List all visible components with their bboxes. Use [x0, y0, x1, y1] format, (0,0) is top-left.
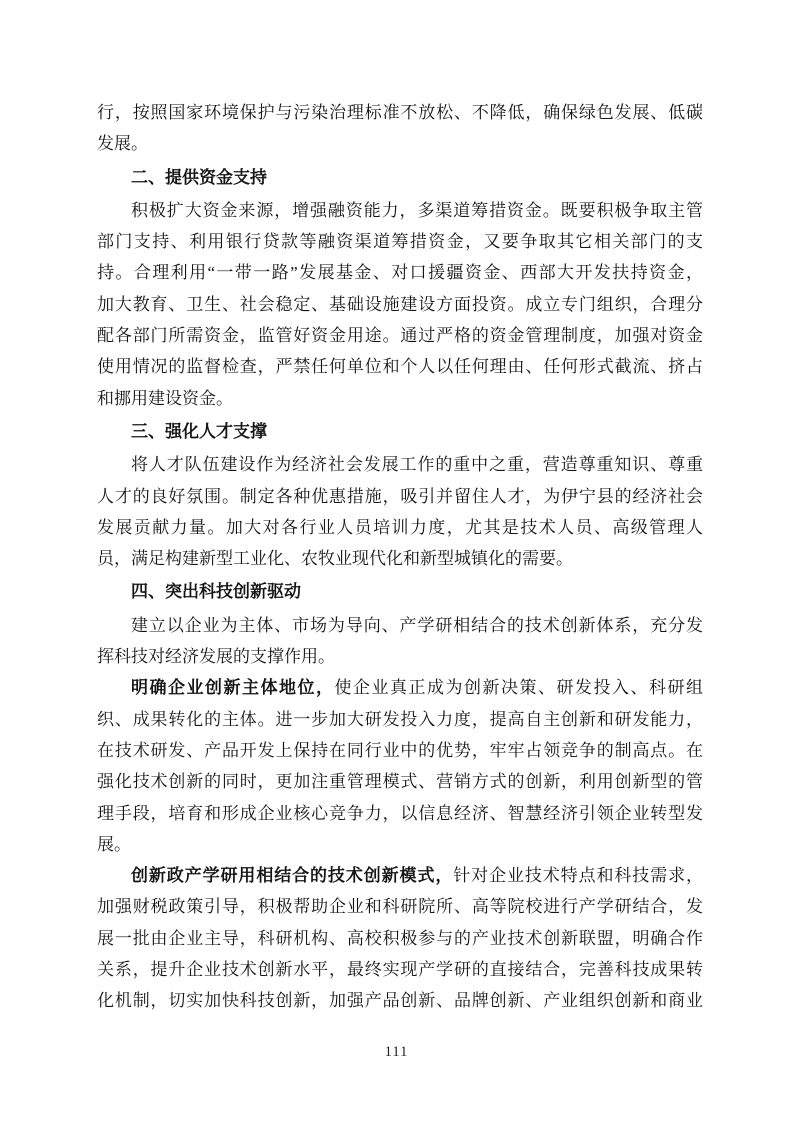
text-run: 发展。 [97, 134, 148, 153]
text-line: 明确企业创新主体地位，使企业真正成为创新决策、研发投入、科研组 [97, 672, 703, 703]
text-line: 加大教育、卫生、社会稳定、基础设施建设方面投资。成立专门组织，合理分 [97, 289, 703, 320]
paragraph: 建立以企业为主体、市场为导向、产学研相结合的技术创新体系，充分发挥科技对经济发展… [97, 610, 703, 673]
text-line: 发展。 [97, 128, 703, 159]
text-run: 持。合理利用“一带一路”发展基金、对口援疆资金、西部大开发扶持资金， [97, 263, 703, 282]
text-run: 在技术研发、产品开发上保持在同行业中的优势，牢牢占领竞争的制高点。在 [97, 741, 703, 760]
text-run: 展一批由企业主导，科研机构、高校积极参与的产业技术创新联盟，明确合作 [97, 929, 703, 948]
text-run: 建立以企业为主体、市场为导向、产学研相结合的技术创新体系，充分发 [131, 616, 703, 635]
section-heading: 四、突出科技创新驱动 [97, 576, 703, 607]
bold-run: 四、突出科技创新驱动 [131, 582, 301, 601]
text-line: 三、强化人才支撑 [97, 416, 703, 447]
text-line: 将人才队伍建设作为经济社会发展工作的重中之重，营造尊重知识、尊重 [97, 449, 703, 480]
text-line: 员，满足构建新型工业化、农牧业现代化和新型城镇化的需要。 [97, 543, 703, 574]
page-number: 111 [385, 1044, 409, 1060]
text-line: 四、突出科技创新驱动 [97, 576, 703, 607]
text-line: 化机制，切实加快科技创新，加强产品创新、品牌创新、产业组织创新和商业 [97, 985, 703, 1016]
bold-run: 三、强化人才支撑 [131, 422, 267, 441]
document-page: 行，按照国家环境保护与污染治理标准不放松、不降低，确保绿色发展、低碳发展。二、提… [0, 0, 793, 1122]
text-line: 展。 [97, 829, 703, 860]
text-line: 积极扩大资金来源，增强融资能力，多渠道筹措资金。既要积极争取主管 [97, 195, 703, 226]
text-run: 加大教育、卫生、社会稳定、基础设施建设方面投资。成立专门组织，合理分 [97, 295, 703, 314]
text-run: 使企业真正成为创新决策、研发投入、科研组 [335, 678, 704, 697]
text-line: 发展贡献力量。加大对各行业人员培训力度，尤其是技术人员、高级管理人 [97, 512, 703, 543]
text-run: 强化技术创新的同时，更加注重管理模式、营销方式的创新，利用创新型的管 [97, 772, 703, 791]
bold-run: 二、提供资金支持 [131, 168, 267, 187]
text-line: 挥科技对经济发展的支撑作用。 [97, 641, 703, 672]
text-run: 织、成果转化的主体。进一步加大研发投入力度，提高自主创新和研发能力， [97, 710, 703, 729]
text-line: 强化技术创新的同时，更加注重管理模式、营销方式的创新，利用创新型的管 [97, 766, 703, 797]
text-line: 理手段，培育和形成企业核心竞争力，以信息经济、智慧经济引领企业转型发 [97, 798, 703, 829]
text-run: 人才的良好氛围。制定各种优惠措施，吸引并留住人才，为伊宁县的经济社会 [97, 487, 703, 506]
text-run: 理手段，培育和形成企业核心竞争力，以信息经济、智慧经济引领企业转型发 [97, 804, 703, 823]
text-line: 二、提供资金支持 [97, 162, 703, 193]
text-run: 部门支持、利用银行贷款等融资渠道筹措资金，又要争取其它相关部门的支 [97, 232, 703, 251]
text-line: 加强财税政策引导，积极帮助企业和科研院所、高等院校进行产学研结合，发 [97, 891, 703, 922]
paragraph: 积极扩大资金来源，增强融资能力，多渠道筹措资金。既要积极争取主管部门支持、利用银… [97, 195, 703, 414]
text-run: 加强财税政策引导，积极帮助企业和科研院所、高等院校进行产学研结合，发 [97, 897, 703, 916]
text-line: 持。合理利用“一带一路”发展基金、对口援疆资金、西部大开发扶持资金， [97, 257, 703, 288]
section-heading: 三、强化人才支撑 [97, 416, 703, 447]
text-line: 和挪用建设资金。 [97, 383, 703, 414]
section-heading: 二、提供资金支持 [97, 162, 703, 193]
page-footer: 111 [0, 1043, 793, 1061]
paragraph: 行，按照国家环境保护与污染治理标准不放松、不降低，确保绿色发展、低碳发展。 [97, 97, 703, 160]
text-run: 挥科技对经济发展的支撑作用。 [97, 647, 335, 666]
bold-run: 明确企业创新主体地位， [131, 678, 335, 697]
paragraph: 明确企业创新主体地位，使企业真正成为创新决策、研发投入、科研组织、成果转化的主体… [97, 672, 703, 860]
text-run: 发展贡献力量。加大对各行业人员培训力度，尤其是技术人员、高级管理人 [97, 518, 703, 537]
text-line: 织、成果转化的主体。进一步加大研发投入力度，提高自主创新和研发能力， [97, 704, 703, 735]
paragraph: 创新政产学研用相结合的技术创新模式，针对企业技术特点和科技需求，加强财税政策引导… [97, 860, 703, 1016]
document-body: 行，按照国家环境保护与污染治理标准不放松、不降低，确保绿色发展、低碳发展。二、提… [97, 97, 703, 1017]
text-line: 创新政产学研用相结合的技术创新模式，针对企业技术特点和科技需求， [97, 860, 703, 891]
text-line: 部门支持、利用银行贷款等融资渠道筹措资金，又要争取其它相关部门的支 [97, 226, 703, 257]
text-run: 员，满足构建新型工业化、农牧业现代化和新型城镇化的需要。 [97, 549, 573, 568]
paragraph: 将人才队伍建设作为经济社会发展工作的重中之重，营造尊重知识、尊重人才的良好氛围。… [97, 449, 703, 574]
text-run: 使用情况的监督检查，严禁任何单位和个人以任何理由、任何形式截流、挤占 [97, 357, 703, 376]
text-line: 展一批由企业主导，科研机构、高校积极参与的产业技术创新联盟，明确合作 [97, 923, 703, 954]
text-run: 将人才队伍建设作为经济社会发展工作的重中之重，营造尊重知识、尊重 [131, 455, 703, 474]
text-run: 化机制，切实加快科技创新，加强产品创新、品牌创新、产业组织创新和商业 [97, 991, 703, 1010]
text-run: 展。 [97, 835, 131, 854]
text-run: 行，按照国家环境保护与污染治理标准不放松、不降低，确保绿色发展、低碳 [97, 103, 703, 122]
text-run: 积极扩大资金来源，增强融资能力，多渠道筹措资金。既要积极争取主管 [131, 201, 703, 220]
text-line: 关系，提升企业技术创新水平，最终实现产学研的直接结合，完善科技成果转 [97, 954, 703, 985]
text-line: 使用情况的监督检查，严禁任何单位和个人以任何理由、任何形式截流、挤占 [97, 351, 703, 382]
text-run: 关系，提升企业技术创新水平，最终实现产学研的直接结合，完善科技成果转 [97, 960, 703, 979]
text-run: 针对企业技术特点和科技需求， [453, 866, 703, 885]
bold-run: 创新政产学研用相结合的技术创新模式， [131, 866, 453, 885]
text-line: 行，按照国家环境保护与污染治理标准不放松、不降低，确保绿色发展、低碳 [97, 97, 703, 128]
text-line: 人才的良好氛围。制定各种优惠措施，吸引并留住人才，为伊宁县的经济社会 [97, 481, 703, 512]
text-run: 配各部门所需资金，监管好资金用途。通过严格的资金管理制度，加强对资金 [97, 326, 703, 345]
text-run: 和挪用建设资金。 [97, 389, 233, 408]
text-line: 在技术研发、产品开发上保持在同行业中的优势，牢牢占领竞争的制高点。在 [97, 735, 703, 766]
text-line: 建立以企业为主体、市场为导向、产学研相结合的技术创新体系，充分发 [97, 610, 703, 641]
text-line: 配各部门所需资金，监管好资金用途。通过严格的资金管理制度，加强对资金 [97, 320, 703, 351]
